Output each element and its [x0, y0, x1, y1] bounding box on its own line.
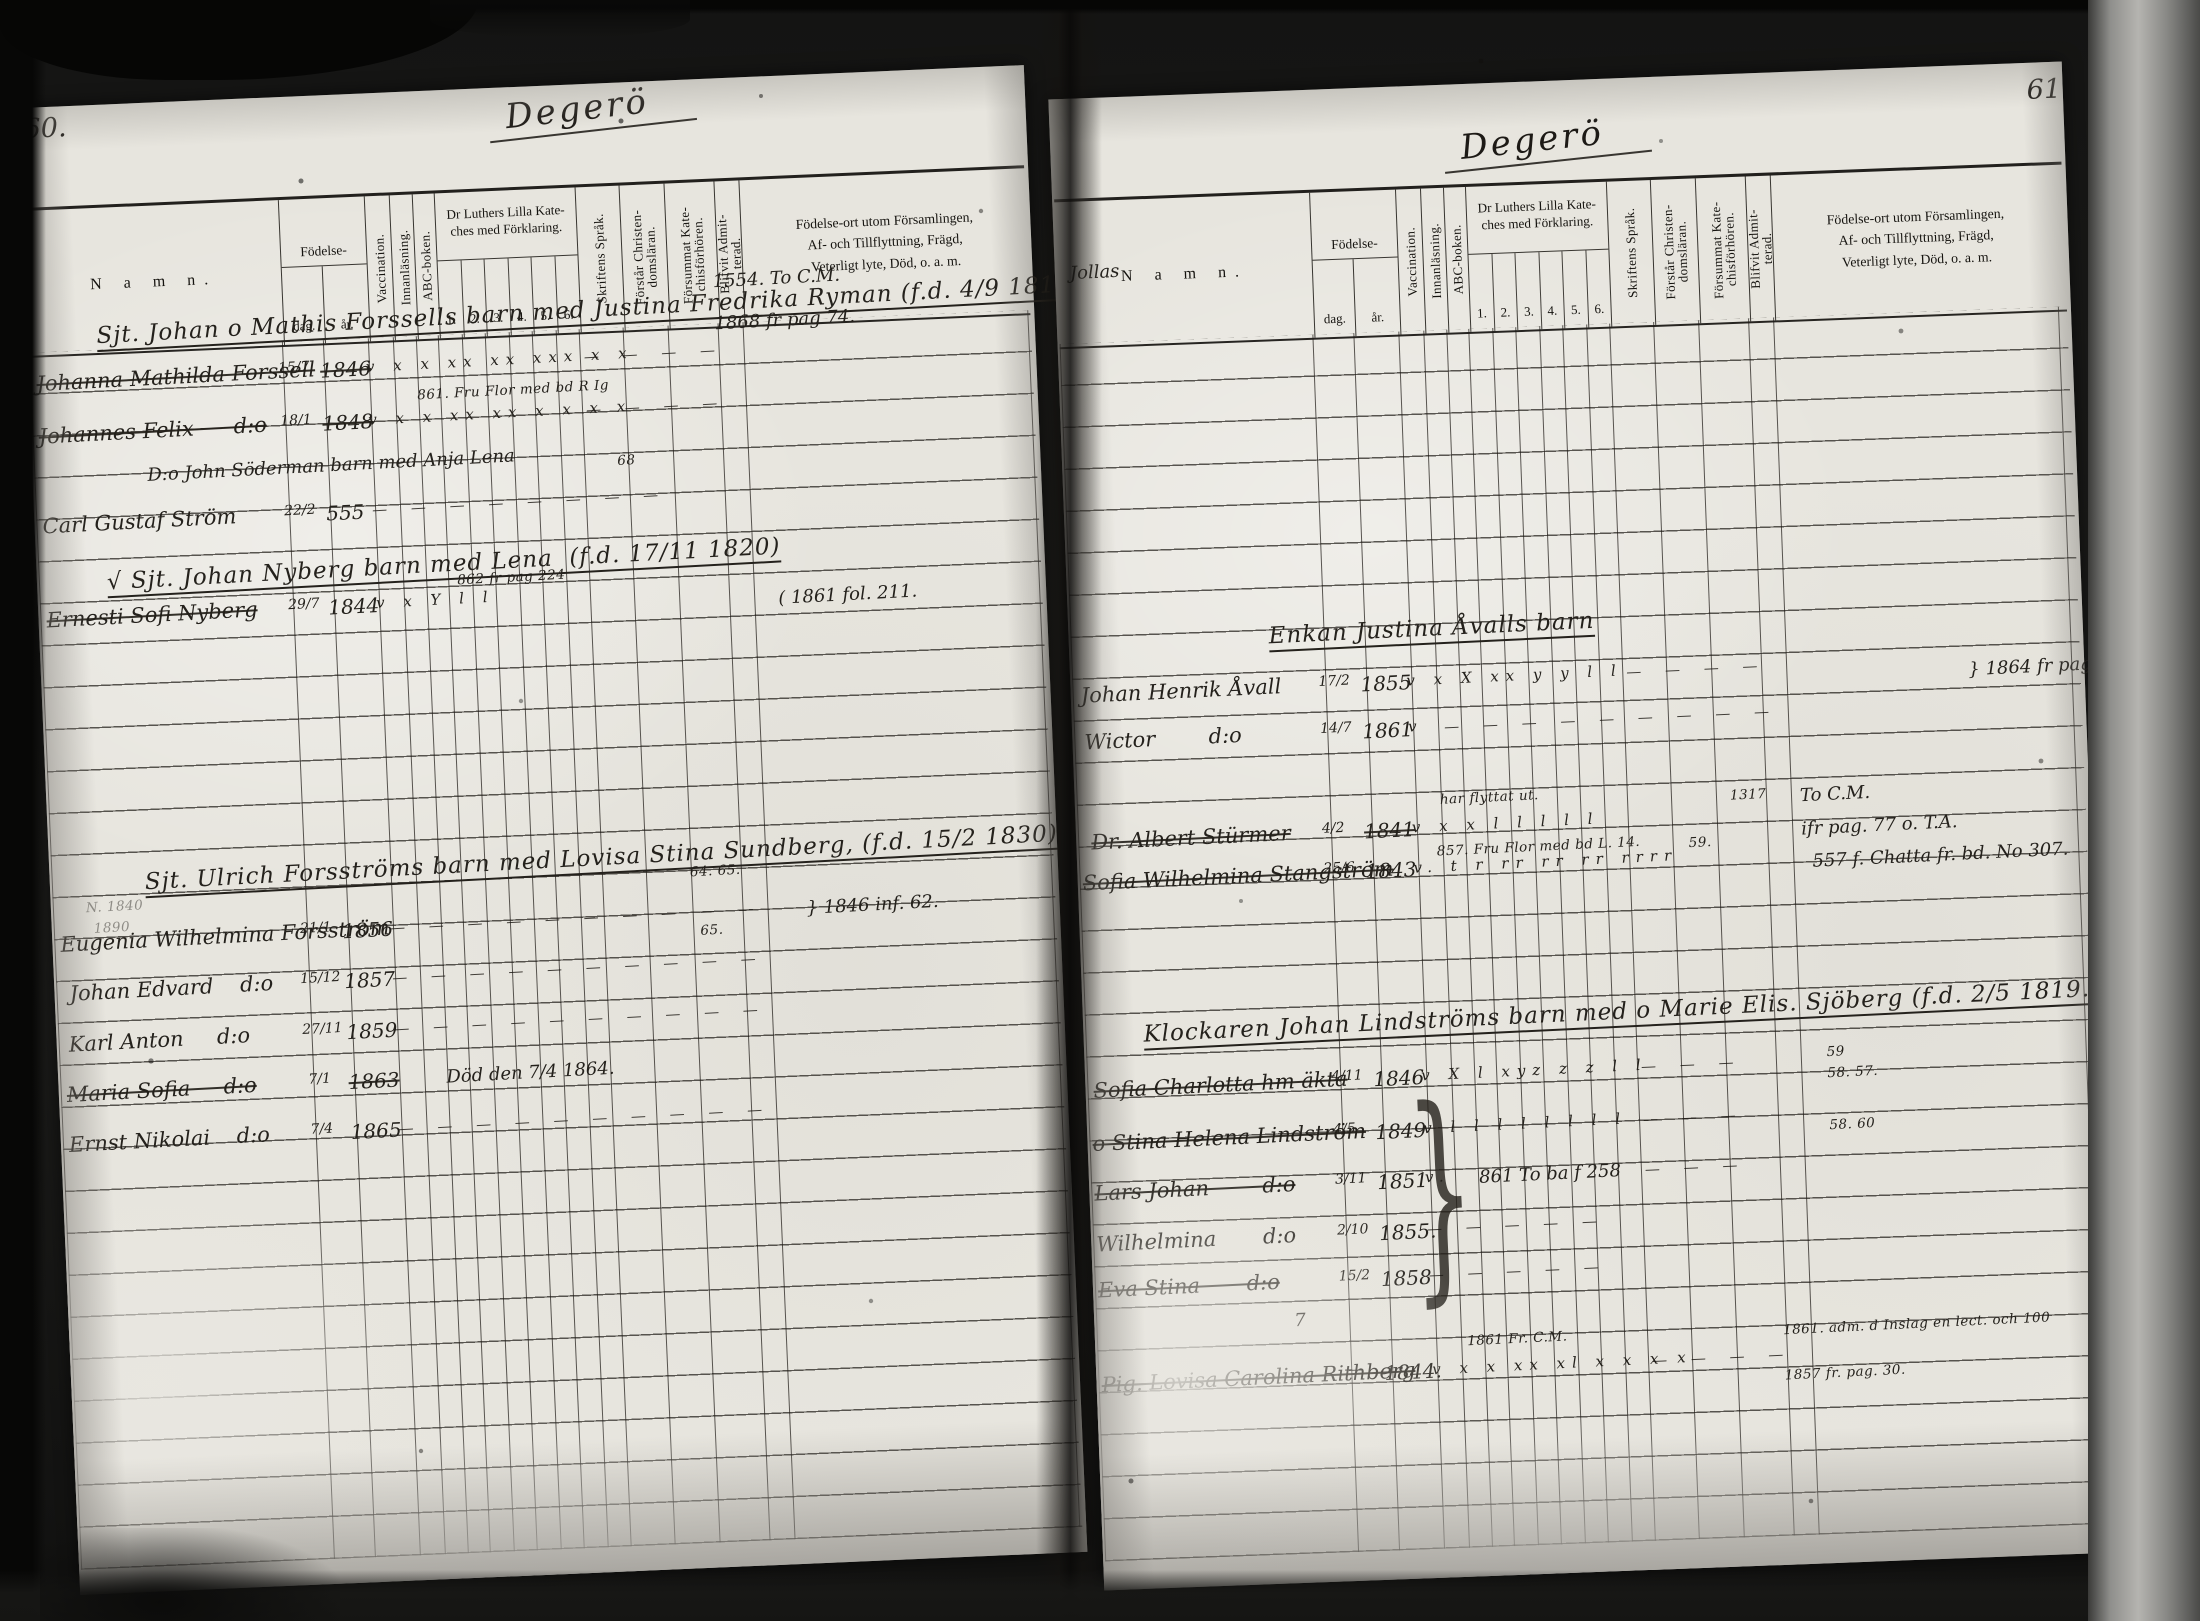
header-forstar-line2: domsläran. — [643, 226, 659, 288]
header-abc-label: ABC-boken. — [1449, 225, 1465, 296]
handwritten-entry: 21/1 — [300, 919, 332, 937]
handwritten-entry: 3/11 — [1335, 1170, 1367, 1187]
handwritten-entry: 27/11 — [302, 1020, 343, 1038]
header-katekes-title: Dr Luthers Lilla Kate- ches med Förklari… — [1466, 182, 1608, 255]
header-fodelse-label: Födelse- — [279, 196, 367, 268]
scan-border-top — [0, 0, 2200, 14]
header-abc-label: ABC-boken. — [418, 231, 434, 302]
handwritten-entry: 68 — [617, 452, 636, 469]
left-page-title: Degerö — [485, 76, 697, 143]
header-skriftens-cell: Skriftens Språk. — [1606, 180, 1655, 327]
header-kat-3: 3. — [1515, 252, 1541, 330]
handwritten-entry: 1843 — [1365, 857, 1417, 883]
handwritten-entry: 7/1 — [308, 1071, 331, 1088]
handwritten-entry: 58. 57. — [1827, 1063, 1878, 1081]
header-notes-line1: Födelse-ort utom Församlingen, — [1826, 206, 2004, 228]
header-vaccination-label: Vaccination. — [372, 233, 388, 303]
handwritten-entry: To C.M. — [1799, 781, 1870, 805]
handwritten-entry: 59 — [1826, 1043, 1845, 1060]
header-kat-2: 2. — [1492, 253, 1518, 331]
header-vaccination-label: Vaccination. — [1403, 227, 1419, 297]
handwritten-entry: 1849 — [1375, 1118, 1427, 1144]
right-entries: JollasEnkan Justina Åvalls barnJohan Hen… — [1048, 62, 2061, 100]
handwritten-entry: 17/2 — [1318, 673, 1350, 690]
header-forstar-line2: domsläran. — [1674, 220, 1689, 282]
handwritten-entry: 4/11 — [1331, 1067, 1363, 1084]
handwritten-entry: 29/7 — [288, 596, 320, 614]
handwritten-entry: 1841 — [1363, 817, 1415, 843]
handwritten-entry: 1846 — [320, 356, 372, 383]
handwritten-entry: 1861 — [1362, 717, 1414, 743]
right-page-number: 61 — [2026, 74, 2061, 106]
header-namn-label: N a m n. — [1121, 263, 1249, 286]
handwritten-entry: 14/7 — [1320, 719, 1352, 736]
header-skriftens-label: Skriftens Språk. — [1623, 208, 1639, 299]
scan-corner-blob-2 — [430, 0, 690, 38]
header-forsummat-line2: chisförhören. — [1722, 212, 1738, 287]
header-forsummat-line2: chisförhören. — [690, 217, 706, 292]
handwritten-entry: 25/6 — [1323, 860, 1355, 877]
header-fodelse-label: Födelse- — [1310, 190, 1397, 261]
header-innanlasning-label: Innanläsning. — [1427, 223, 1443, 299]
header-forstar-cell: Förstår Christen- domsläran. — [1650, 178, 1700, 325]
handwritten-entry: 1863 — [348, 1068, 400, 1095]
handwritten-entry: 1858 — [1380, 1264, 1432, 1290]
header-katekes-line2: ches med Förklaring. — [450, 219, 562, 239]
left-page: 60. Degerö N a m n. Födelse- dag. år. Va… — [17, 65, 1088, 1595]
handwritten-entry: 22/2 — [284, 502, 316, 520]
header-kat-1: 1. — [1468, 254, 1494, 332]
handwritten-entry: 4/5 — [1333, 1120, 1356, 1137]
handwritten-entry: 1855 — [1360, 670, 1412, 696]
handwritten-entry: 7 — [1294, 1309, 1306, 1331]
handwritten-entry: 1857 — [344, 967, 396, 994]
handwritten-entry: — — [1348, 1362, 1363, 1379]
scanned-register-spread: 60. Degerö N a m n. Födelse- dag. år. Va… — [0, 0, 2200, 1621]
handwritten-entry: 4/2 — [1322, 820, 1345, 837]
handwritten-entry: 65. — [700, 921, 724, 938]
handwritten-entry: 18/1 — [280, 411, 312, 429]
header-innanlasning-label: Innanläsning. — [396, 229, 412, 305]
header-dag-label: dag. — [1313, 259, 1357, 337]
header-notes-line2: Af- och Tillflyttning, Frägd, — [1838, 228, 1994, 249]
header-katekes-cell: Dr Luthers Lilla Kate- ches med Förklari… — [1465, 182, 1611, 332]
header-kat-5: 5. — [1562, 250, 1588, 328]
handwritten-entry: 58. 60 — [1829, 1115, 1876, 1133]
handwritten-entry: 1848 — [322, 409, 374, 436]
handwritten-entry: 555 — [326, 499, 365, 525]
handwritten-entry: 59. — [1688, 834, 1712, 851]
header-notes-line3: Veterligt lyte, Död, o. a. m. — [1842, 249, 1993, 270]
header-kat-6: 6. — [1586, 250, 1611, 328]
handwritten-entry: 2/10 — [1337, 1221, 1369, 1238]
handwritten-entry: Jollas — [1069, 261, 1119, 284]
handwritten-entry: 64. 65. — [690, 862, 742, 881]
header-notes-line2: Af- och Tillflyttning, Frägd, — [807, 231, 963, 253]
header-katekes-title: Dr Luthers Lilla Kate- ches med Förklari… — [435, 187, 578, 261]
header-namn-label: N a m n. — [90, 270, 218, 293]
handwritten-entry: 15/7 — [278, 359, 310, 377]
header-forsummat-cell: Försummat Kate- chisförhören. — [1695, 176, 1750, 323]
handwritten-entry: v — [1408, 716, 1424, 735]
handwritten-entry: v. — [1425, 1167, 1451, 1186]
scan-dust-specks — [0, 0, 2, 2]
header-fodelse-cell: Födelse- dag. år. — [1309, 190, 1400, 338]
header-ar-label: år. — [1354, 258, 1401, 337]
handwritten-entry: 7/4 — [310, 1121, 333, 1138]
header-katekes-line2: ches med Förklaring. — [1481, 213, 1593, 232]
left-page-number: 60. — [23, 112, 67, 145]
header-notes-line1: Födelse-ort utom Församlingen, — [795, 209, 973, 232]
handwritten-entry: 1844 — [328, 593, 380, 620]
handwritten-entry: 1851 — [1377, 1168, 1429, 1194]
header-notes-cell: Födelse-ort utom Församlingen, Af- och T… — [1770, 165, 2062, 321]
header-katekes-numbers: 1. 2. 3. 4. 5. 6. — [1468, 250, 1611, 332]
right-page: 61 Degerö N a m n. Födelse- dag. år. Vac… — [1048, 62, 2117, 1591]
handwritten-entry: 1865 — [350, 1118, 402, 1145]
header-kat-4: 4. — [1539, 251, 1565, 329]
handwritten-entry: 15/12 — [300, 969, 341, 987]
handwritten-entry: 1317 — [1730, 785, 1767, 803]
right-page-title: Degerö — [1441, 108, 1653, 174]
header-skriftens-label: Skriftens Språk. — [592, 214, 609, 305]
handwritten-entry: 1856 — [341, 916, 393, 943]
handwritten-entry: 1859 — [346, 1017, 398, 1044]
handwritten-entry: 15/2 — [1338, 1267, 1370, 1284]
scan-corner-blob — [0, 0, 478, 80]
